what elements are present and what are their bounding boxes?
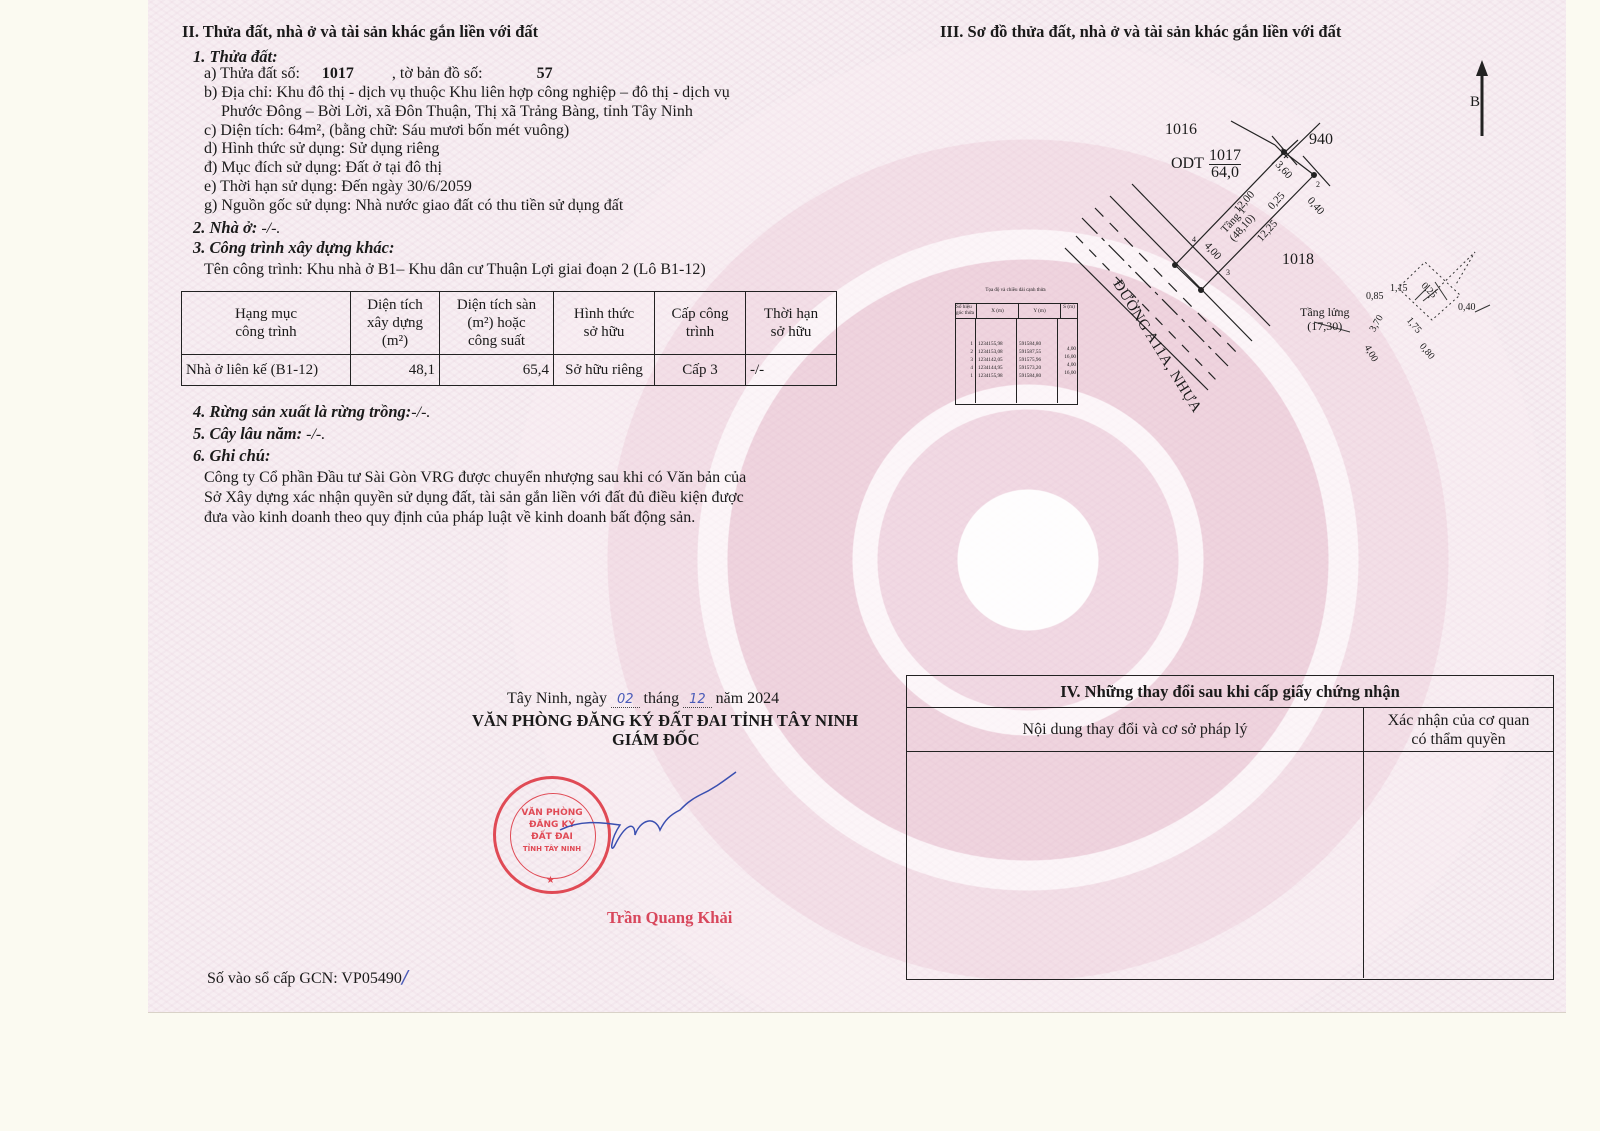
usage-purpose-line: đ) Mục đích sử dụng: Đất ở tại đô thị xyxy=(204,159,442,177)
cell-ownership: Sở hữu riêng xyxy=(554,355,655,386)
north-label: B xyxy=(1470,94,1480,111)
point-3: 3 xyxy=(1226,268,1230,277)
authority-confirmation-cell xyxy=(1364,752,1553,978)
house-value: -/-. xyxy=(261,220,280,237)
col-authority-confirmation: Xác nhận của cơ quan có thẩm quyền xyxy=(1364,708,1553,751)
col-header-ownership: Hình thức sở hữu xyxy=(554,292,655,355)
coord-table-body: 12341 1234155,981234153,081234142,051234… xyxy=(956,319,1077,403)
col-header-floor-area: Diện tích sàn (m²) hoặc công suất xyxy=(440,292,554,355)
point-2: 2 xyxy=(1316,180,1320,189)
parcel-map-area: 64,0 xyxy=(1211,164,1239,182)
coord-length-cell: 16,00 xyxy=(1058,353,1076,361)
cell-item: Nhà ở liên kế (B1-12) xyxy=(182,355,351,386)
coord-cell: 591587,55 xyxy=(1019,348,1057,356)
registry-hand-mark: / xyxy=(402,967,408,988)
section-2-title: II. Thửa đất, nhà ở và tài sản khác gắn … xyxy=(182,22,538,42)
origin-line: g) Nguồn gốc sử dụng: Nhà nước giao đất … xyxy=(204,197,623,215)
perennial-value: -/-. xyxy=(302,426,325,443)
parcel-label: a) Thửa đất số: xyxy=(204,65,300,82)
mezzanine-area: (17,30) xyxy=(1300,319,1350,333)
coord-table: Số hiệu góc thửa X (m) Y (m) S (m) 12341… xyxy=(955,303,1078,405)
note-line-1: Công ty Cổ phần Đầu tư Sài Gòn VRG được … xyxy=(204,469,746,487)
usage-form-line: d) Hình thức sử dụng: Sử dụng riêng xyxy=(204,140,439,158)
coord-cell: 591584,80 xyxy=(1019,372,1057,380)
forest-line: 4. Rừng sản xuất là rừng trồng:-/-. xyxy=(193,402,430,422)
coord-cell: 591575,96 xyxy=(1019,356,1057,364)
coord-col-length: 4,0016,004,0016,00 xyxy=(1058,319,1077,403)
changes-table: IV. Những thay đổi sau khi cấp giấy chứn… xyxy=(906,675,1554,980)
usage-term-line: e) Thời hạn sử dụng: Đến ngày 30/6/2059 xyxy=(204,178,472,196)
address-line-2: Phước Đông – Bời Lời, xã Đôn Thuận, Thị … xyxy=(221,103,693,121)
coord-header-point: Số hiệu góc thửa xyxy=(956,304,977,318)
mezzanine-name: Tầng lửng xyxy=(1300,305,1350,319)
map-sheet-label: , tờ bản đồ số: xyxy=(392,65,483,82)
registry-label: Số vào sổ cấp GCN: xyxy=(207,970,338,987)
area-line: c) Diện tích: 64m², (bằng chữ: Sáu mươi … xyxy=(204,122,569,140)
cell-build-area: 48,1 xyxy=(351,355,440,386)
coord-length-cell: 4,00 xyxy=(1058,345,1076,353)
map-sheet-number: 57 xyxy=(537,65,553,82)
house-heading: 2. Nhà ở: xyxy=(193,218,257,237)
cell-grade: Cấp 3 xyxy=(655,355,746,386)
col-header-term: Thời hạn sở hữu xyxy=(746,292,837,355)
coord-header-s: S (m) xyxy=(1061,304,1077,318)
coord-cell: 1234155,98 xyxy=(978,340,1016,348)
mz-dim-0-40: 0,40 xyxy=(1458,302,1476,313)
date-year: năm 2024 xyxy=(716,690,780,707)
date-month-label: tháng xyxy=(644,690,680,707)
neighbor-940: 940 xyxy=(1309,131,1333,149)
coord-header-y: Y (m) xyxy=(1019,304,1061,318)
coord-col-point: 12341 xyxy=(956,319,976,403)
neighbor-1016: 1016 xyxy=(1165,121,1197,139)
coord-length-cell: 4,00 xyxy=(1058,361,1076,369)
neighbor-1018: 1018 xyxy=(1282,251,1314,269)
coord-cell: 2 xyxy=(956,348,973,356)
perennial-heading: 5. Cây lâu năm: xyxy=(193,424,302,443)
perennial-line: 5. Cây lâu năm: -/-. xyxy=(193,424,325,444)
point-4: 4 xyxy=(1192,235,1196,244)
parcel-number: 1017 xyxy=(322,65,354,82)
handwritten-signature xyxy=(540,760,740,870)
other-works-heading: 3. Công trình xây dựng khác: xyxy=(193,238,395,258)
cell-floor-area: 65,4 xyxy=(440,355,554,386)
note-line-3: đưa vào kinh doanh theo quy định của phá… xyxy=(204,509,695,527)
coord-table-title: Tọa độ và chiều dài cạnh thửa xyxy=(955,288,1076,293)
coord-cell: 591584,80 xyxy=(1019,340,1057,348)
coord-cell: 1 xyxy=(956,340,973,348)
registry-value: VP05490 xyxy=(341,970,401,987)
table-row: Nhà ở liên kế (B1-12) 48,1 65,4 Sở hữu r… xyxy=(182,355,837,386)
coord-cell: 591573,20 xyxy=(1019,364,1057,372)
col-authority-line-1: Xác nhận của cơ quan xyxy=(1364,711,1553,730)
registry-number: Số vào sổ cấp GCN: VP05490/ xyxy=(207,967,408,988)
point-1: 1 xyxy=(1280,147,1284,156)
change-content-cell xyxy=(907,752,1364,978)
mz-dim-0-85: 0,85 xyxy=(1366,291,1384,302)
col-authority-line-2: có thẩm quyền xyxy=(1364,730,1553,749)
col-header-item: Hạng mục công trình xyxy=(182,292,351,355)
col-header-build-area: Diện tích xây dựng (m²) xyxy=(351,292,440,355)
coord-col-y: 591584,80591587,55591575,96591573,205915… xyxy=(1017,319,1058,403)
coord-cell: 1234142,05 xyxy=(978,356,1016,364)
parcel-code: ODT xyxy=(1171,155,1204,173)
section-3-title: III. Sơ đồ thửa đất, nhà ở và tài sản kh… xyxy=(940,22,1341,42)
coord-col-x: 1234155,981234153,081234142,051234144,95… xyxy=(976,319,1017,403)
forest-heading: 4. Rừng sản xuất là rừng trồng: xyxy=(193,402,411,421)
col-change-content: Nội dung thay đổi và cơ sở pháp lý xyxy=(907,708,1364,751)
mezzanine-label: Tầng lửng (17,30) xyxy=(1300,305,1350,333)
issuing-office: VĂN PHÒNG ĐĂNG KÝ ĐẤT ĐAI TỈNH TÂY NINH xyxy=(472,711,858,731)
land-heading: 1. Thửa đất: xyxy=(193,47,278,67)
signer-position: GIÁM ĐỐC xyxy=(612,730,700,750)
date-month: 12 xyxy=(683,692,712,708)
parcel-map-number: 1017 xyxy=(1209,147,1241,165)
address-line-1: b) Địa chỉ: Khu đô thị - dịch vụ thuộc K… xyxy=(204,84,730,102)
section-4-title: IV. Những thay đổi sau khi cấp giấy chứn… xyxy=(907,676,1553,708)
signer-name: Trần Quang Khải xyxy=(607,908,732,928)
forest-value: -/-. xyxy=(411,404,430,421)
cell-term: -/- xyxy=(746,355,837,386)
coord-cell: 1234144,95 xyxy=(978,364,1016,372)
parcel-line: a) Thửa đất số: 1017 , tờ bản đồ số: 57 xyxy=(204,65,553,83)
note-line-2: Sở Xây dựng xác nhận quyền sử dụng đất, … xyxy=(204,489,744,507)
col-header-grade: Cấp công trình xyxy=(655,292,746,355)
works-name-line: Tên công trình: Khu nhà ở B1– Khu dân cư… xyxy=(204,261,706,279)
date-prefix: Tây Ninh, ngày xyxy=(507,690,607,707)
coord-length-cell: 16,00 xyxy=(1058,369,1076,377)
notes-heading: 6. Ghi chú: xyxy=(193,446,270,466)
coord-cell: 4 xyxy=(956,364,973,372)
coord-header-x: X (m) xyxy=(977,304,1019,318)
coord-cell: 1 xyxy=(956,372,973,380)
coord-cell: 3 xyxy=(956,356,973,364)
sign-date: Tây Ninh, ngày 02 tháng 12 năm 2024 xyxy=(507,690,779,708)
stamp-star-icon: ★ xyxy=(546,875,555,886)
coord-cell: 1234155,98 xyxy=(978,372,1016,380)
coord-cell: 1234153,08 xyxy=(978,348,1016,356)
house-line: 2. Nhà ở: -/-. xyxy=(193,218,280,238)
mz-dim-1-15: 1,15 xyxy=(1390,283,1408,294)
date-day: 02 xyxy=(611,692,640,708)
construction-table: Hạng mục công trình Diện tích xây dựng (… xyxy=(181,291,837,386)
